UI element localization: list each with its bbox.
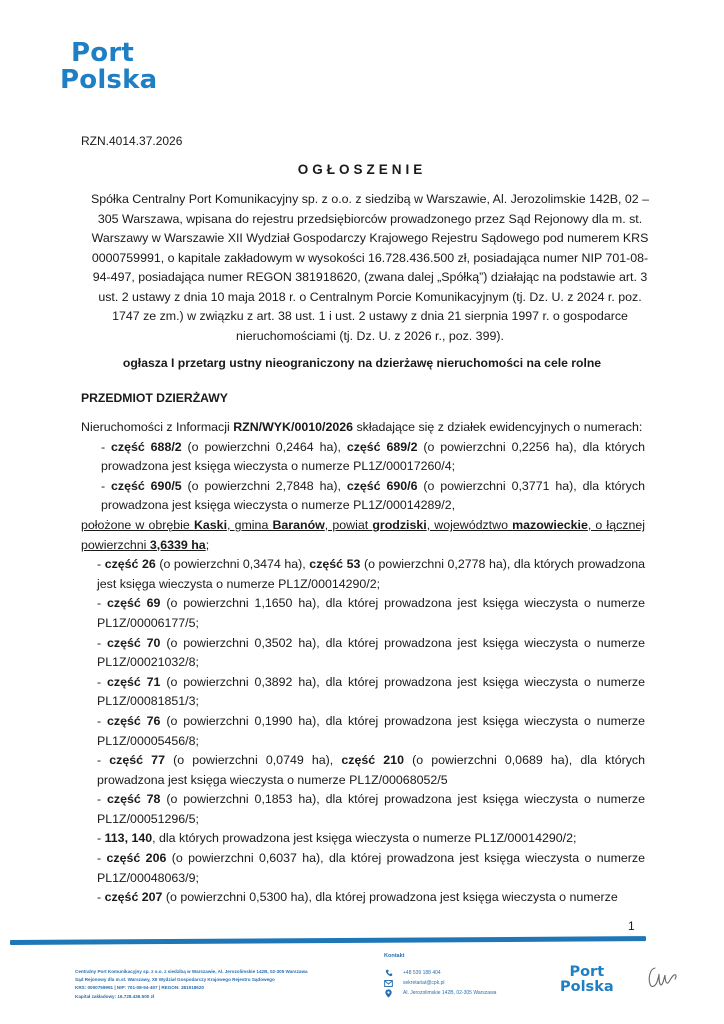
parcel-item: - część 206 (o powierzchni 0,6037 ha), d…: [81, 849, 645, 888]
footer-logo-line-2: Polska: [560, 980, 614, 995]
parcel-item: - część 71 (o powierzchni 0,3892 ha), dl…: [81, 673, 645, 712]
parcel-text: (o powierzchni 2,7848 ha),: [182, 479, 347, 493]
document-title: OGŁOSZENIE: [0, 162, 724, 177]
parcel-text: -: [97, 890, 105, 904]
lead-ref: RZN/WYK/0010/2026: [233, 420, 353, 434]
lead-paragraph: Nieruchomości z Informacji RZN/WYK/0010/…: [81, 418, 645, 438]
parcel-bold-text: część 69: [107, 596, 160, 610]
lead-prefix: Nieruchomości z Informacji: [81, 420, 233, 434]
footer-company-line: Kapitał zakładowy: 16.728.436.500 zł: [75, 993, 308, 1001]
parcel-bold-text: część 688/2: [111, 440, 182, 454]
parcel-text: -: [97, 714, 107, 728]
footer-contact: Kontakt +48 539 188 404 sekretariat@cpk.…: [384, 953, 496, 998]
parcel-item: - część 78 (o powierzchni 0,1853 ha), dl…: [81, 790, 645, 829]
parcel-bold-text: część 690/6: [347, 479, 418, 493]
parcel-text: , województwo: [427, 518, 512, 532]
parcel-item: - część 70 (o powierzchni 0,3502 ha), dl…: [81, 634, 645, 673]
location-paragraph: położone w obrębie Kaski, gmina Baranów,…: [81, 516, 645, 555]
parcel-bold-text: 113, 140: [105, 831, 153, 845]
parcel-bold-text: 3,6339 ha: [150, 538, 206, 552]
parcel-text: -: [97, 792, 107, 806]
parcel-text: , gmina: [227, 518, 272, 532]
parcel-item: - część 76 (o powierzchni 0,1990 ha), dl…: [81, 712, 645, 751]
email-address: sekretariat@cpk.pl: [403, 980, 444, 986]
logo-line-1: Port: [60, 40, 157, 67]
postal-address: Al. Jerozolimskie 142B, 02-305 Warszawa: [403, 990, 496, 996]
parcel-item: - część 690/5 (o powierzchni 2,7848 ha),…: [81, 477, 645, 516]
parcel-bold-text: część 206: [107, 851, 167, 865]
parcel-bold-text: część 70: [107, 636, 160, 650]
port-polska-logo: Port Polska: [60, 40, 157, 94]
parcel-text: -: [97, 596, 107, 610]
parcel-item: - część 69 (o powierzchni 1,1650 ha), dl…: [81, 594, 645, 633]
parcel-text: (o powierzchni 0,1853 ha), dla której pr…: [97, 792, 645, 826]
phone-number: +48 539 188 404: [403, 970, 441, 976]
parcel-text: (o powierzchni 0,3502 ha), dla której pr…: [97, 636, 645, 670]
parcel-text: -: [97, 851, 107, 865]
parcel-item: - część 77 (o powierzchni 0,0749 ha), cz…: [81, 751, 645, 790]
footer-company-line: Centralny Port Komunikacyjny sp. z o.o. …: [75, 968, 308, 976]
parcel-item: - część 26 (o powierzchni 0,3474 ha), cz…: [81, 555, 645, 594]
parcel-text: (o powierzchni 0,2464 ha),: [182, 440, 347, 454]
parcel-bold-text: część 690/5: [111, 479, 182, 493]
parcel-text: -: [101, 479, 111, 493]
parcel-text: -: [97, 831, 105, 845]
parcel-bold-text: część 207: [105, 890, 163, 904]
contact-address: Al. Jerozolimskie 142B, 02-305 Warszawa: [384, 988, 496, 998]
contact-phone: +48 539 188 404: [384, 968, 496, 978]
parcel-bold-text: część 78: [107, 792, 160, 806]
parcel-text: (o powierzchni 0,1990 ha), dla której pr…: [97, 714, 645, 748]
logo-line-2: Polska: [60, 67, 157, 94]
parcel-bold-text: część 689/2: [347, 440, 418, 454]
parcel-item: - 113, 140, dla których prowadzona jest …: [81, 829, 645, 849]
footer-company-info: Centralny Port Komunikacyjny sp. z o.o. …: [75, 968, 308, 1001]
contact-email: sekretariat@cpk.pl: [384, 978, 496, 988]
parcel-text: , dla których prowadzona jest księga wie…: [152, 831, 576, 845]
parcel-bold-text: część 71: [107, 675, 160, 689]
parcel-text: położone w obrębie: [81, 518, 194, 532]
phone-icon: [384, 969, 393, 978]
handwritten-signature: [646, 962, 686, 992]
parcel-bold-text: Kaski: [194, 518, 227, 532]
footer-logo-line-1: Port: [560, 965, 614, 980]
parcel-text: -: [97, 675, 107, 689]
parcel-text: (o powierzchni 0,3892 ha), dla której pr…: [97, 675, 645, 709]
parcel-text: (o powierzchni 0,3474 ha),: [156, 557, 310, 571]
parcel-bold-text: mazowieckie: [512, 518, 588, 532]
parcel-text: -: [97, 753, 109, 767]
parcel-item: - część 207 (o powierzchni 0,5300 ha), d…: [81, 888, 645, 908]
reference-number: RZN.4014.37.2026: [81, 134, 182, 148]
contact-title: Kontakt: [384, 953, 496, 959]
footer-company-line: KRS: 0000759991 | NIP: 701-08-94-497 | R…: [75, 984, 308, 992]
lease-subject-body: Nieruchomości z Informacji RZN/WYK/0010/…: [81, 418, 645, 908]
section-heading: PRZEDMIOT DZIERŻAWY: [81, 391, 228, 405]
footer-logo: Port Polska: [560, 965, 614, 995]
parcel-group-2: - część 26 (o powierzchni 0,3474 ha), cz…: [81, 555, 645, 908]
parcel-bold-text: grodziski: [372, 518, 426, 532]
parcel-text: (o powierzchni 0,0749 ha),: [165, 753, 341, 767]
parcel-bold-text: część 26: [105, 557, 156, 571]
parcel-text: ;: [206, 538, 209, 552]
parcel-group-1: - część 688/2 (o powierzchni 0,2464 ha),…: [81, 438, 645, 516]
envelope-icon: [384, 979, 393, 988]
parcel-item: - część 688/2 (o powierzchni 0,2464 ha),…: [81, 438, 645, 477]
intro-paragraph: Spółka Centralny Port Komunikacyjny sp. …: [84, 190, 656, 346]
parcel-bold-text: część 53: [309, 557, 360, 571]
announcement: ogłasza I przetarg ustny nieograniczony …: [60, 356, 664, 370]
footer-divider: [10, 936, 646, 945]
parcel-text: -: [97, 636, 107, 650]
parcel-text: (o powierzchni 0,5300 ha), dla której pr…: [162, 890, 617, 904]
lead-suffix: składające się z działek ewidencyjnych o…: [353, 420, 642, 434]
footer-company-line: Sąd Rejonowy dla m.st. Warszawy, XII Wyd…: [75, 976, 308, 984]
parcel-text: (o powierzchni 0,6037 ha), dla której pr…: [97, 851, 645, 885]
location-pin-icon: [384, 989, 393, 998]
parcel-text: -: [97, 557, 105, 571]
page-number: 1: [628, 919, 635, 933]
parcel-bold-text: część 76: [107, 714, 160, 728]
parcel-text: -: [101, 440, 111, 454]
parcel-text: (o powierzchni 1,1650 ha), dla której pr…: [97, 596, 645, 630]
parcel-text: , powiat: [325, 518, 373, 532]
parcel-bold-text: część 77: [109, 753, 165, 767]
parcel-bold-text: Baranów: [272, 518, 324, 532]
parcel-bold-text: część 210: [341, 753, 404, 767]
